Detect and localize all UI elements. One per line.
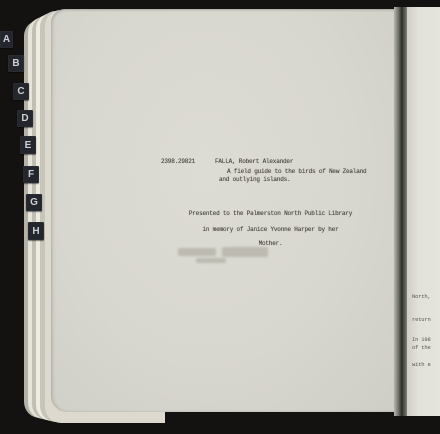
dedication-line3: Mother. <box>148 240 393 247</box>
right-page-fragment: return <box>412 316 431 323</box>
tab-letter: C <box>17 86 24 97</box>
index-tab-f: F <box>23 166 39 183</box>
index-tab-h: H <box>28 222 44 240</box>
tab-letter: H <box>32 226 39 237</box>
ghost-ink-smudge <box>222 247 268 257</box>
index-tab-a: A <box>0 31 13 48</box>
catalog-author: FALLA, Robert Alexander <box>215 158 293 165</box>
tab-letter: A <box>3 34 10 45</box>
ghost-ink-smudge <box>196 258 226 263</box>
right-page-fragment: with e <box>412 361 431 368</box>
dedication-line1: Presented to the Palmerston North Public… <box>148 210 393 217</box>
catalog-title-line1: A field guide to the birds of New Zealan… <box>227 168 366 175</box>
index-tab-c: C <box>13 83 29 100</box>
dedication-line2: in memory of Janice Yvonne Harper by her <box>148 226 393 233</box>
catalog-accession-number: 2398.29821 <box>161 158 195 165</box>
right-page-fragment: In 198 <box>412 336 431 343</box>
index-tab-g: G <box>26 194 42 211</box>
right-page-fragment: North, <box>412 293 431 300</box>
tab-letter: B <box>12 58 19 69</box>
right-page <box>407 7 440 416</box>
index-tab-b: B <box>8 55 24 72</box>
book-gutter <box>394 7 408 416</box>
catalog-title-line2: and outlying islands. <box>219 176 290 183</box>
tab-letter: G <box>30 197 38 208</box>
index-tab-e: E <box>20 136 36 154</box>
tab-letter: D <box>21 113 28 124</box>
index-tab-d: D <box>17 110 33 127</box>
tab-letter: E <box>25 140 32 151</box>
tab-letter: F <box>28 169 34 180</box>
right-page-fragment: of the <box>412 344 431 351</box>
ghost-ink-smudge <box>178 248 216 256</box>
